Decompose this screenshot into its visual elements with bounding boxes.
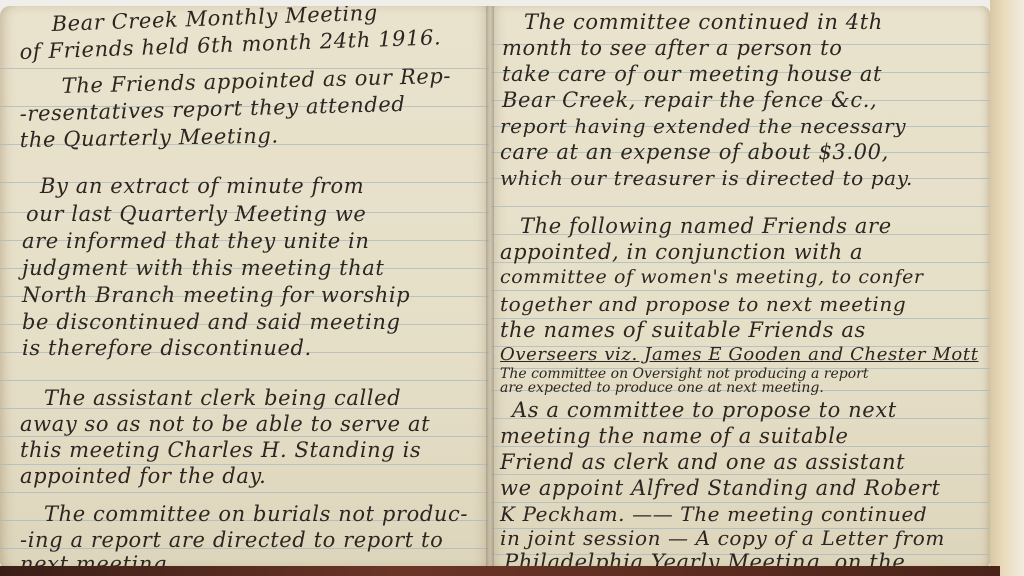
- text-line: we appoint Alfred Standing and Robert: [500, 476, 941, 500]
- text-line: As a committee to propose to next: [512, 398, 897, 422]
- text-line: The following named Friends are: [520, 214, 892, 238]
- text-line: committee of women's meeting, to confer: [500, 266, 924, 288]
- text-line: care at an expense of about $3.00,: [500, 140, 889, 164]
- page-edges: [990, 0, 1024, 576]
- text-line: this meeting Charles H. Standing is: [20, 438, 421, 462]
- text-line: together and propose to next meeting: [500, 292, 906, 316]
- ruled-line: [490, 290, 990, 291]
- text-line: appointed, in conjunction with a: [500, 240, 863, 264]
- text-line: report having extended the necessary: [500, 114, 906, 138]
- ruled-line: [0, 492, 490, 493]
- text-line: By an extract of minute from: [40, 174, 364, 198]
- text-line: appointed for the day.: [20, 464, 266, 488]
- text-line: away so as not to be able to serve at: [20, 412, 430, 436]
- text-line: which our treasurer is directed to pay.: [500, 166, 913, 190]
- ruled-line: [490, 206, 990, 207]
- text-line: The committee on burials not produc-: [44, 502, 468, 526]
- book-cover-edge: [0, 566, 1000, 576]
- text-line: The committee continued in 4th: [524, 10, 883, 34]
- text-line: the Quarterly Meeting.: [20, 123, 279, 152]
- inserted-note-line: are expected to produce one at next meet…: [500, 380, 824, 396]
- text-line: month to see after a person to: [502, 36, 842, 60]
- text-line: The assistant clerk being called: [44, 386, 401, 410]
- text-line: Bear Creek, repair the fence &c.,: [502, 88, 877, 112]
- left-page: Bear Creek Monthly Meeting of Friends he…: [0, 6, 490, 568]
- text-line: are informed that they unite in: [22, 229, 370, 253]
- text-line: is therefore discontinued.: [22, 336, 312, 360]
- text-line-with-strikethrough: judgment with this meeting that: [22, 256, 384, 280]
- ruled-line: [490, 474, 990, 475]
- text-line: North Branch meeting for worship: [22, 283, 410, 307]
- minute-book-spread: Bear Creek Monthly Meeting of Friends he…: [0, 0, 1024, 576]
- text-line: -ing a report are directed to report to: [20, 528, 443, 552]
- overseers-names-line: Overseers viz. James E Gooden and Cheste…: [500, 344, 979, 365]
- text-line: in joint session — A copy of a Letter fr…: [500, 526, 945, 550]
- ruled-line: [0, 436, 490, 437]
- ruled-line: [0, 380, 490, 381]
- text-line: meeting the name of a suitable: [500, 424, 849, 448]
- text-line: the names of suitable Friends as: [500, 318, 866, 342]
- text-line: Friend as clerk and one as assistant: [500, 450, 905, 474]
- text-line: K Peckham. —— The meeting continued: [500, 502, 927, 526]
- right-page: The committee continued in 4th month to …: [490, 6, 990, 568]
- text-line: our last Quarterly Meeting we: [26, 202, 366, 226]
- text-line: be discontinued and said meeting: [22, 310, 401, 334]
- text-line: take care of our meeting house at: [502, 62, 882, 86]
- book-spine: [486, 6, 494, 566]
